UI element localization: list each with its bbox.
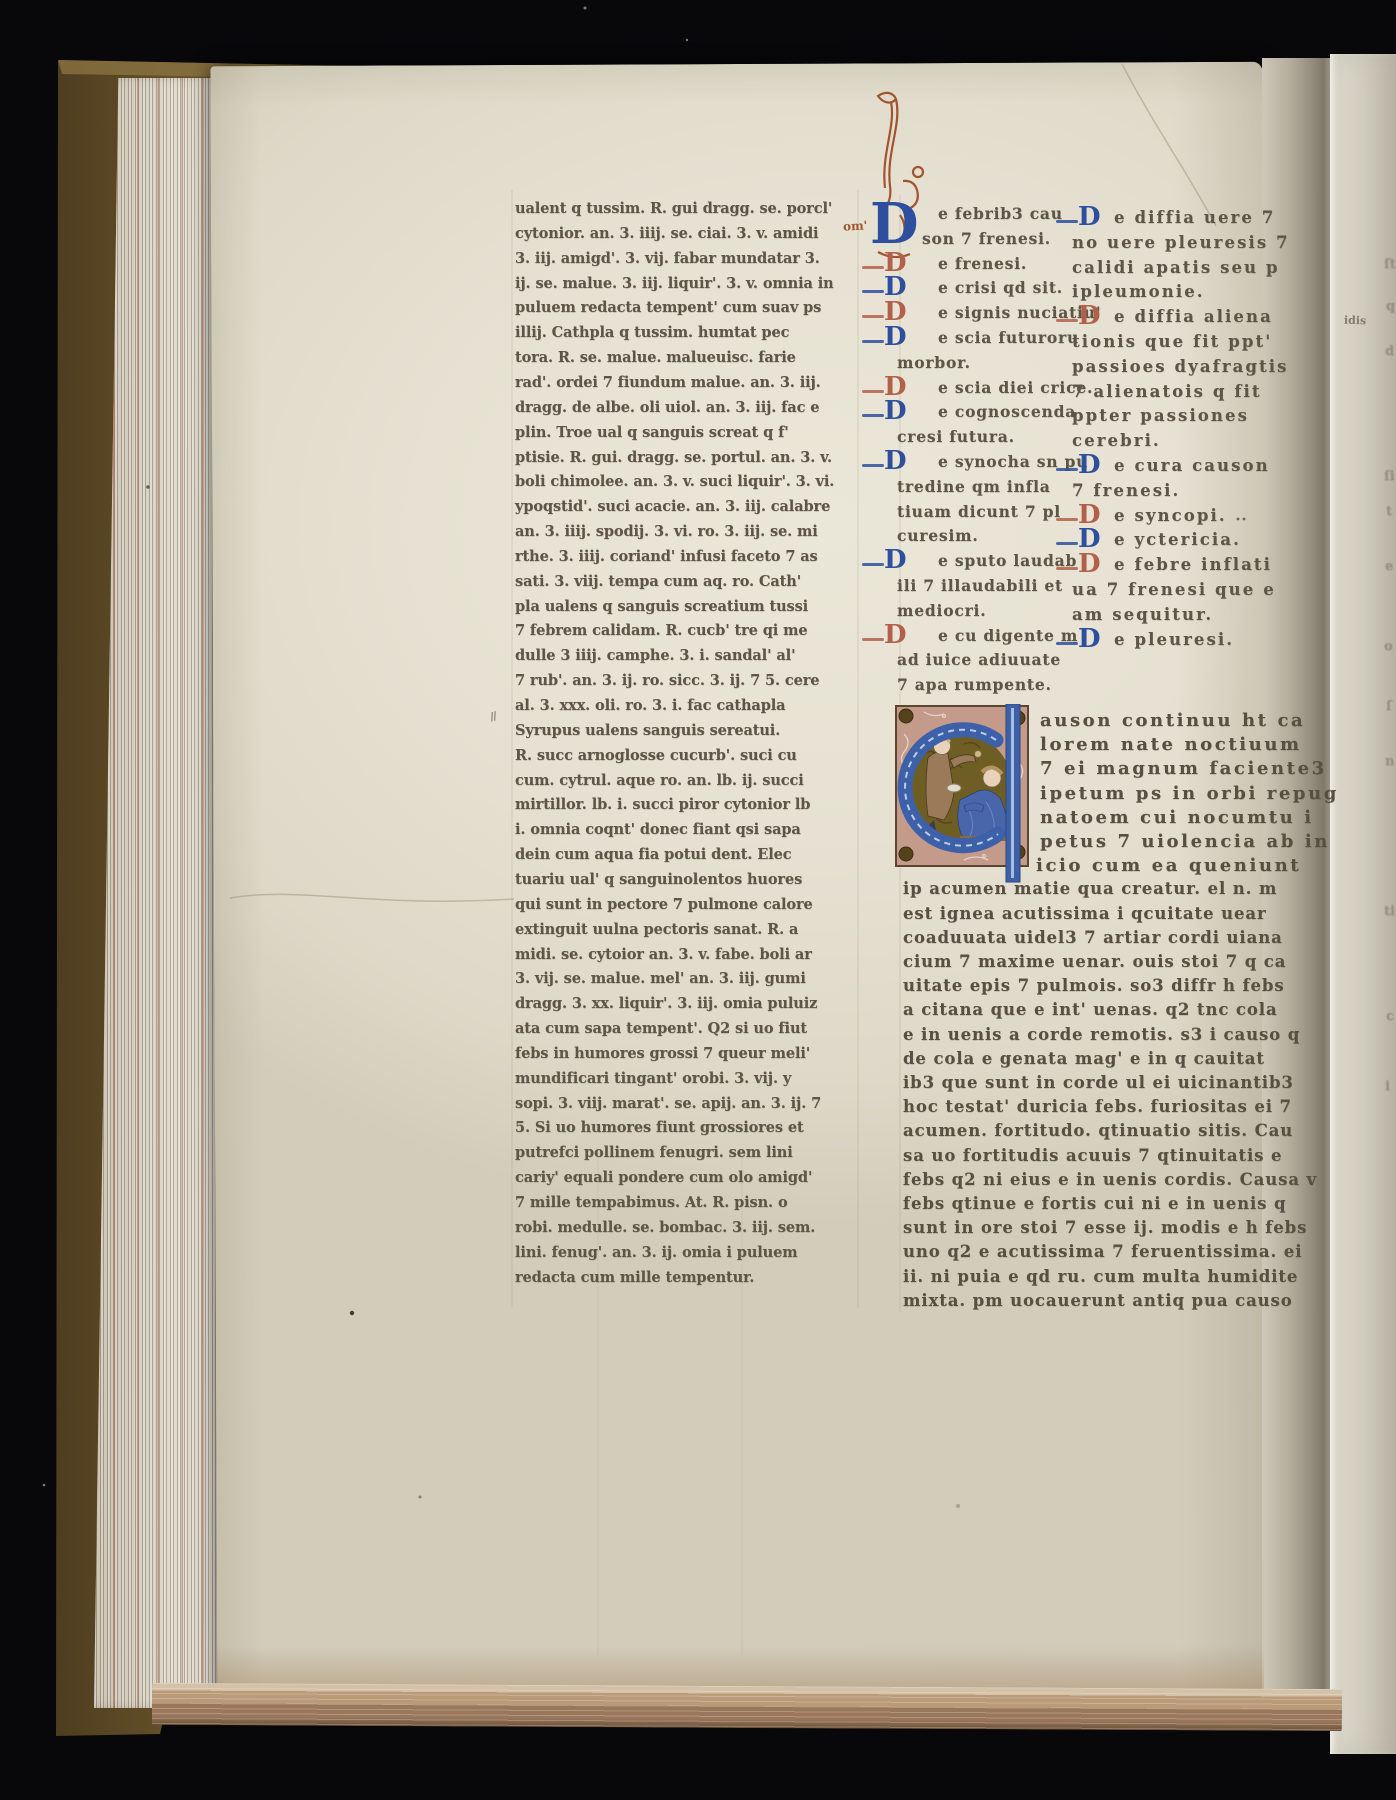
red-marginal-gloss: om' xyxy=(843,218,868,233)
manuscript-photo: ualent q tussim. R. gui dragg. se. porcl… xyxy=(0,0,1396,1800)
facing-page-gloss: idis xyxy=(1344,314,1367,328)
facing-page-sliver xyxy=(1330,54,1396,1754)
book-gutter xyxy=(1262,58,1332,1704)
page-edge-stack-bottom xyxy=(152,1683,1342,1731)
historiated-initial-C-physician-and-patient xyxy=(894,704,1034,886)
vellum-page xyxy=(210,62,1269,1707)
